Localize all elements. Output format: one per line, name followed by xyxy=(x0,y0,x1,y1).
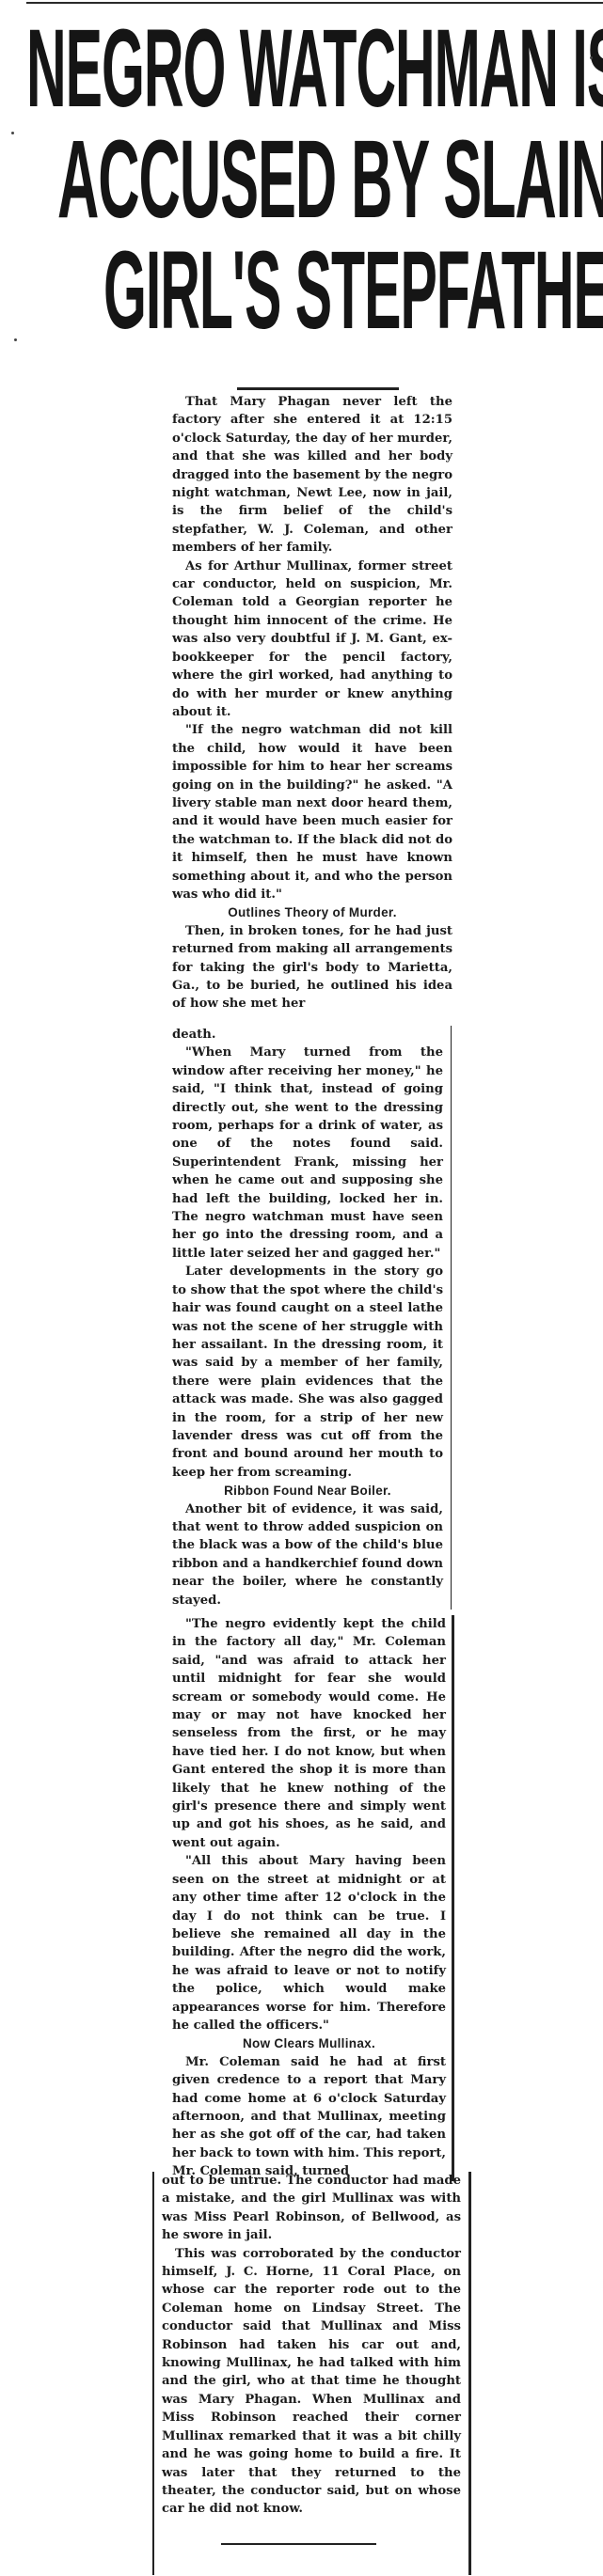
paragraph: Another bit of evidence, it was said, th… xyxy=(172,1500,443,1610)
headline-line-3: GIRL'S STEPFATHER xyxy=(103,235,361,346)
top-rule xyxy=(26,2,603,4)
subhead-ribbon-found: Ribbon Found Near Boiler. xyxy=(172,1482,443,1500)
paragraph: This was corroborated by the conductor h… xyxy=(162,2245,461,2519)
headline-line-1: NEGRO WATCHMAN IS xyxy=(26,13,323,124)
scan-speck xyxy=(11,132,14,134)
scan-speck xyxy=(590,56,593,59)
paragraph: "When Mary turned from the window after … xyxy=(172,1044,443,1263)
paragraph: death. xyxy=(172,1026,443,1044)
paragraph: As for Arthur Mullinax, former street ca… xyxy=(172,558,452,722)
paragraph: That Mary Phagan never left the factory … xyxy=(172,393,452,558)
article-column-segment-3: "The negro evidently kept the child in t… xyxy=(172,1615,454,2181)
paragraph: Mr. Coleman said he had at first given c… xyxy=(172,2053,446,2181)
headline-divider xyxy=(237,387,399,390)
article-column-segment-2: death. "When Mary turned from the window… xyxy=(172,1026,452,1610)
paragraph: out to be untrue. The conductor had made… xyxy=(162,2172,461,2245)
paragraph: "The negro evidently kept the child in t… xyxy=(172,1615,446,1852)
paragraph: "All this about Mary having been seen on… xyxy=(172,1852,446,2034)
article-column-segment-4: out to be untrue. The conductor had made… xyxy=(152,2172,471,2575)
subhead-now-clears-mullinax: Now Clears Mullinax. xyxy=(172,2034,446,2052)
paragraph: Then, in broken tones, for he had just r… xyxy=(172,922,452,1013)
paragraph: Later developments in the story go to sh… xyxy=(172,1263,443,1482)
scan-speck xyxy=(14,338,17,341)
article-end-rule xyxy=(221,2543,376,2545)
paragraph: "If the negro watchman did not kill the … xyxy=(172,721,452,903)
subhead-outlines-theory: Outlines Theory of Murder. xyxy=(172,903,452,921)
article-column-segment-1: That Mary Phagan never left the factory … xyxy=(172,393,452,1013)
headline: NEGRO WATCHMAN IS ACCUSED BY SLAIN GIRL'… xyxy=(17,13,603,346)
headline-line-2: ACCUSED BY SLAIN xyxy=(57,124,349,235)
